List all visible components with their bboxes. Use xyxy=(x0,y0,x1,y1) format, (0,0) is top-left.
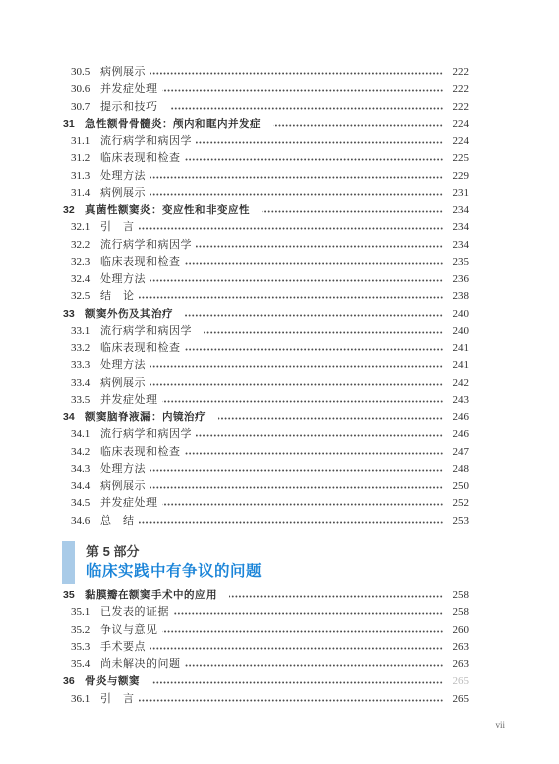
entry-title: 已发表的证据 xyxy=(100,604,169,621)
toc-entry[interactable]: 34.2 临床表现和检查 247 xyxy=(63,444,469,461)
entry-number: 33.2 xyxy=(71,340,100,357)
entry-number: 30.5 xyxy=(71,64,100,81)
dot-leader xyxy=(152,681,443,684)
dot-leader xyxy=(162,400,444,403)
entry-title: 总 结 xyxy=(100,513,135,530)
entry-title: 病例展示 xyxy=(100,185,146,202)
toc-entry[interactable]: 31.4 病例展示 231 xyxy=(63,185,469,202)
entry-title: 处理方法 xyxy=(100,271,146,288)
toc-page: 30.5 病例展示 222 30.6 并发症处理 222 30.7 提示和技巧 … xyxy=(0,0,559,764)
entry-page: 253 xyxy=(448,513,469,530)
entry-number: 32.4 xyxy=(71,271,100,288)
entry-title: 尚未解决的问题 xyxy=(100,656,181,673)
toc-entry[interactable]: 36 骨炎与额窦 265 xyxy=(63,673,469,690)
entry-number: 30.7 xyxy=(71,99,100,116)
entry-number: 33.1 xyxy=(71,323,100,340)
entry-number: 34.5 xyxy=(71,495,100,512)
toc-entry[interactable]: 30.6 并发症处理 222 xyxy=(63,81,469,98)
toc-entry[interactable]: 36.1 引 言 265 xyxy=(63,691,469,708)
toc-entry[interactable]: 32.1 引 言 234 xyxy=(63,219,469,236)
entry-page: 265 xyxy=(448,691,469,708)
entry-number: 35.3 xyxy=(71,639,100,656)
entry-page: 234 xyxy=(448,237,469,254)
toc-entry[interactable]: 34.4 病例展示 250 xyxy=(63,478,469,495)
toc-entry[interactable]: 33.4 病例展示 242 xyxy=(63,375,469,392)
entry-number: 35.2 xyxy=(71,622,100,639)
dot-leader xyxy=(150,193,443,196)
entry-number: 33.3 xyxy=(71,357,100,374)
dot-leader xyxy=(185,452,444,455)
entry-title: 额窦外伤及其治疗 xyxy=(85,306,173,323)
dot-leader xyxy=(185,314,443,317)
entry-page: 242 xyxy=(448,375,469,392)
entry-number: 32 xyxy=(63,202,85,219)
entry-page: 258 xyxy=(448,604,469,621)
dot-leader xyxy=(273,124,443,127)
footer-page-number: vii xyxy=(495,720,505,730)
entry-number: 33.4 xyxy=(71,375,100,392)
dot-leader xyxy=(150,72,443,75)
entry-title: 临床表现和检查 xyxy=(100,150,181,167)
dot-leader xyxy=(196,141,443,144)
entry-title: 引 言 xyxy=(100,691,135,708)
dot-leader xyxy=(139,296,444,299)
entry-number: 34 xyxy=(63,409,85,426)
dot-leader xyxy=(218,417,443,420)
entry-page: 241 xyxy=(448,357,469,374)
dot-leader xyxy=(196,434,443,437)
entry-number: 35.1 xyxy=(71,604,100,621)
entry-number: 33.5 xyxy=(71,392,100,409)
entry-number: 32.2 xyxy=(71,237,100,254)
toc-entry[interactable]: 33.3 处理方法 241 xyxy=(63,357,469,374)
entry-page: 234 xyxy=(448,219,469,236)
part-label: 第 5 部分 xyxy=(86,544,262,560)
dot-leader xyxy=(150,383,443,386)
entry-page: 224 xyxy=(448,133,469,150)
toc-entry[interactable]: 34.6 总 结 253 xyxy=(63,513,469,530)
entry-number: 34.3 xyxy=(71,461,100,478)
toc-entry[interactable]: 35.3 手术要点 263 xyxy=(63,639,469,656)
dot-leader xyxy=(185,262,444,265)
toc-entry[interactable]: 32.4 处理方法 236 xyxy=(63,271,469,288)
part-header-text: 第 5 部分 临床实践中有争议的问题 xyxy=(86,541,262,584)
entry-page: 258 xyxy=(448,587,469,604)
dot-leader xyxy=(150,176,443,179)
entry-title: 流行病学和病因学 xyxy=(100,323,192,340)
dot-leader xyxy=(185,664,444,667)
entry-title: 处理方法 xyxy=(100,461,146,478)
entry-page: 252 xyxy=(448,495,469,512)
entry-title: 并发症处理 xyxy=(100,495,158,512)
entry-number: 34.6 xyxy=(71,513,100,530)
toc-entry[interactable]: 30.5 病例展示 222 xyxy=(63,64,469,81)
entry-number: 36 xyxy=(63,673,85,690)
entry-page: 224 xyxy=(448,116,469,133)
entry-page: 265 xyxy=(448,673,469,690)
entry-title: 黏膜瓣在额窦手术中的应用 xyxy=(85,587,217,604)
entry-page: 234 xyxy=(448,202,469,219)
entry-title: 骨炎与额窦 xyxy=(85,673,140,690)
toc-entry[interactable]: 31 急性额骨骨髓炎：颅内和眶内并发症 224 xyxy=(63,116,469,133)
entry-title: 处理方法 xyxy=(100,357,146,374)
entry-page: 236 xyxy=(448,271,469,288)
entry-title: 病例展示 xyxy=(100,375,146,392)
entry-title: 手术要点 xyxy=(100,639,146,656)
entry-page: 243 xyxy=(448,392,469,409)
dot-leader xyxy=(150,469,443,472)
entry-page: 240 xyxy=(448,306,469,323)
entry-page: 222 xyxy=(448,81,469,98)
dot-leader xyxy=(162,630,444,633)
entry-number: 35 xyxy=(63,587,85,604)
toc-entry[interactable]: 30.7 提示和技巧 222 xyxy=(63,99,469,116)
toc-entry[interactable]: 33.5 并发症处理 243 xyxy=(63,392,469,409)
toc-entry[interactable]: 32 真菌性额窦炎：变应性和非变应性 234 xyxy=(63,202,469,219)
toc-entry[interactable]: 33.2 临床表现和检查 241 xyxy=(63,340,469,357)
entry-title: 结 论 xyxy=(100,288,135,305)
entry-title: 急性额骨骨髓炎：颅内和眶内并发症 xyxy=(85,116,261,133)
entry-title: 真菌性额窦炎：变应性和非变应性 xyxy=(85,202,250,219)
entry-number: 31.1 xyxy=(71,133,100,150)
dot-leader xyxy=(139,699,444,702)
entry-title: 并发症处理 xyxy=(100,392,158,409)
toc-entry[interactable]: 34 额窦脑脊液漏：内镜治疗 246 xyxy=(63,409,469,426)
entry-page: 248 xyxy=(448,461,469,478)
entry-number: 35.4 xyxy=(71,656,100,673)
entry-page: 229 xyxy=(448,168,469,185)
part-title: 临床实践中有争议的问题 xyxy=(86,562,262,581)
entry-page: 222 xyxy=(448,64,469,81)
entry-page: 250 xyxy=(448,478,469,495)
entry-title: 处理方法 xyxy=(100,168,146,185)
dot-leader xyxy=(185,158,444,161)
toc-entry[interactable]: 32.3 临床表现和检查 235 xyxy=(63,254,469,271)
entry-number: 32.3 xyxy=(71,254,100,271)
dot-leader xyxy=(162,503,444,506)
entry-page: 241 xyxy=(448,340,469,357)
entry-title: 流行病学和病因学 xyxy=(100,237,192,254)
entry-title: 额窦脑脊液漏：内镜治疗 xyxy=(85,409,206,426)
entry-page: 246 xyxy=(448,426,469,443)
dot-leader xyxy=(139,521,444,524)
entry-number: 36.1 xyxy=(71,691,100,708)
entry-title: 流行病学和病因学 xyxy=(100,133,192,150)
toc-entry[interactable]: 34.3 处理方法 248 xyxy=(63,461,469,478)
entry-title: 并发症处理 xyxy=(100,81,158,98)
entry-number: 31 xyxy=(63,116,85,133)
entry-page: 240 xyxy=(448,323,469,340)
entry-page: 263 xyxy=(448,656,469,673)
toc-entry[interactable]: 34.5 并发症处理 252 xyxy=(63,495,469,512)
dot-leader xyxy=(139,227,444,230)
dot-leader xyxy=(229,595,443,598)
dot-leader xyxy=(173,612,443,615)
toc-entry[interactable]: 35.2 争议与意见 260 xyxy=(63,622,469,639)
entry-number: 31.3 xyxy=(71,168,100,185)
toc-entry[interactable]: 35.4 尚未解决的问题 263 xyxy=(63,656,469,673)
entry-page: 235 xyxy=(448,254,469,271)
entry-number: 32.5 xyxy=(71,288,100,305)
toc-entry[interactable]: 33.1 流行病学和病因学 240 xyxy=(63,323,469,340)
part-header: 第 5 部分 临床实践中有争议的问题 xyxy=(62,541,262,584)
entry-page: 263 xyxy=(448,639,469,656)
toc-entry[interactable]: 31.3 处理方法 229 xyxy=(63,168,469,185)
entry-number: 34.4 xyxy=(71,478,100,495)
toc-entry[interactable]: 34.1 流行病学和病因学 246 xyxy=(63,426,469,443)
dot-leader xyxy=(162,89,444,92)
entry-number: 34.1 xyxy=(71,426,100,443)
entry-title: 引 言 xyxy=(100,219,135,236)
part-accent-bar xyxy=(62,541,75,584)
entry-number: 31.4 xyxy=(71,185,100,202)
toc-entry[interactable]: 33 额窦外伤及其治疗 240 xyxy=(63,306,469,323)
dot-leader xyxy=(150,486,443,489)
entry-title: 争议与意见 xyxy=(100,622,158,639)
entry-number: 33 xyxy=(63,306,85,323)
dot-leader xyxy=(185,348,444,351)
entry-title: 病例展示 xyxy=(100,478,146,495)
toc-list-top: 30.5 病例展示 222 30.6 并发症处理 222 30.7 提示和技巧 … xyxy=(63,64,469,530)
entry-page: 260 xyxy=(448,622,469,639)
entry-page: 222 xyxy=(448,99,469,116)
entry-page: 225 xyxy=(448,150,469,167)
toc-list-bottom: 35 黏膜瓣在额窦手术中的应用 258 35.1 已发表的证据 258 35.2… xyxy=(63,587,469,708)
toc-entry[interactable]: 35 黏膜瓣在额窦手术中的应用 258 xyxy=(63,587,469,604)
entry-page: 247 xyxy=(448,444,469,461)
entry-title: 流行病学和病因学 xyxy=(100,426,192,443)
entry-title: 临床表现和检查 xyxy=(100,444,181,461)
dot-leader xyxy=(196,245,443,248)
entry-number: 31.2 xyxy=(71,150,100,167)
toc-entry[interactable]: 31.1 流行病学和病因学 224 xyxy=(63,133,469,150)
toc-entry[interactable]: 31.2 临床表现和检查 225 xyxy=(63,150,469,167)
toc-entry[interactable]: 32.2 流行病学和病因学 234 xyxy=(63,237,469,254)
entry-title: 提示和技巧 xyxy=(100,99,158,116)
entry-page: 231 xyxy=(448,185,469,202)
entry-title: 临床表现和检查 xyxy=(100,340,181,357)
toc-entry[interactable]: 35.1 已发表的证据 258 xyxy=(63,604,469,621)
entry-title: 病例展示 xyxy=(100,64,146,81)
entry-number: 32.1 xyxy=(71,219,100,236)
entry-number: 34.2 xyxy=(71,444,100,461)
entry-page: 246 xyxy=(448,409,469,426)
dot-leader xyxy=(150,365,443,368)
dot-leader xyxy=(262,210,443,213)
entry-number: 30.6 xyxy=(71,81,100,98)
toc-entry[interactable]: 32.5 结 论 238 xyxy=(63,288,469,305)
entry-title: 临床表现和检查 xyxy=(100,254,181,271)
dot-leader xyxy=(150,647,443,650)
dot-leader xyxy=(170,107,444,110)
dot-leader xyxy=(150,279,443,282)
entry-page: 238 xyxy=(448,288,469,305)
dot-leader xyxy=(204,331,443,334)
